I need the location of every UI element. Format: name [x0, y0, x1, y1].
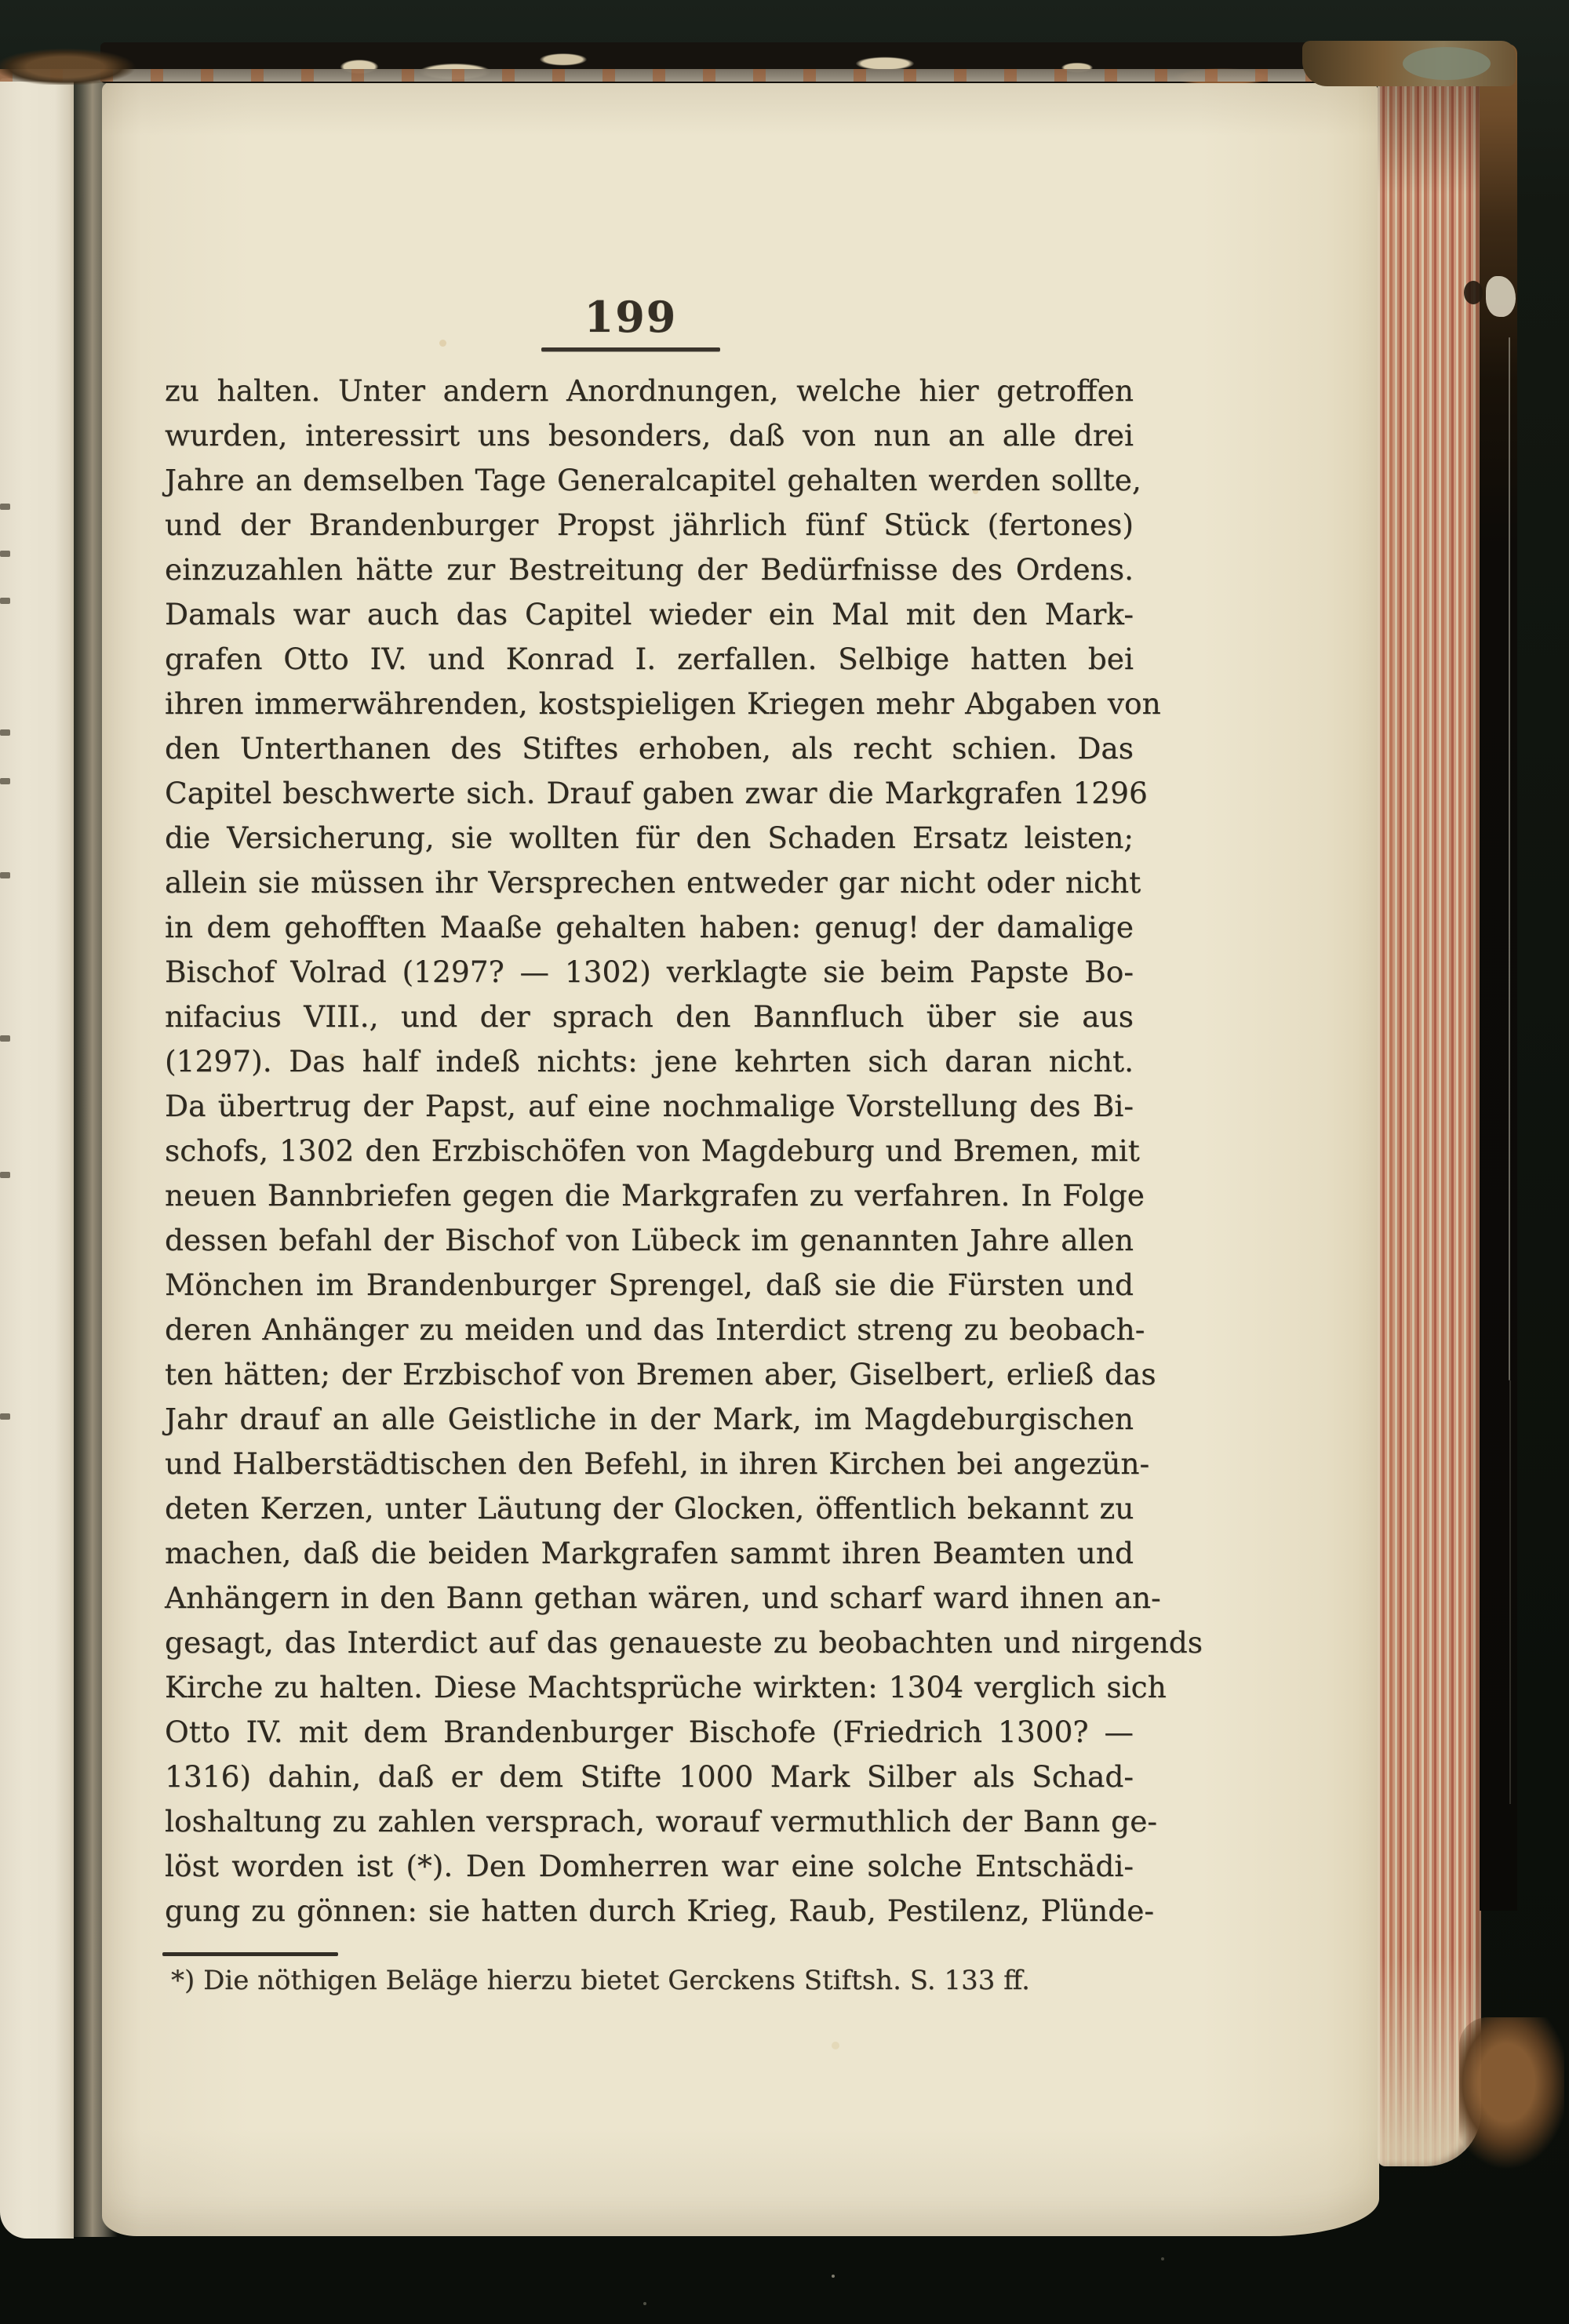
facing-page-text-fragment: [0, 729, 10, 736]
fore-edge-pages: [1378, 77, 1481, 2166]
page-number: 199: [541, 296, 720, 338]
scratch-line: [1509, 337, 1510, 1380]
text-line: Anhängern in den Bann gethan wären, und …: [165, 1576, 1134, 1620]
text-line: den Unterthanen des Stiftes erhoben, als…: [165, 726, 1134, 771]
text-line: Otto IV. mit dem Brandenburger Bischofe …: [165, 1710, 1134, 1755]
text-line: wurden, interessirt uns besonders, daß v…: [165, 413, 1134, 458]
text-line: zu halten. Unter andern Anordnungen, wel…: [165, 369, 1134, 413]
text-line: Da übertrug der Papst, auf eine nochmali…: [165, 1084, 1134, 1129]
text-line: gung zu gönnen: sie hatten durch Krieg, …: [165, 1889, 1134, 1933]
text-line: gesagt, das Interdict auf das genaueste …: [165, 1620, 1134, 1665]
facing-page-text-fragment: [0, 1035, 10, 1042]
text-line: grafen Otto IV. und Konrad I. zerfallen.…: [165, 637, 1134, 682]
book-scan: 199 zu halten. Unter andern Anordnungen,…: [0, 0, 1569, 2324]
text-line: neuen Bannbriefen gegen die Markgrafen z…: [165, 1173, 1134, 1218]
dust-speck: [643, 2302, 646, 2305]
text-line: Kirche zu halten. Diese Machtsprüche wir…: [165, 1665, 1134, 1710]
text-line: die Versicherung, sie wollten für den Sc…: [165, 816, 1134, 860]
text-line: Jahr drauf an alle Geistliche in der Mar…: [165, 1397, 1134, 1442]
text-line: und der Brandenburger Propst jährlich fü…: [165, 503, 1134, 547]
text-line: löst worden ist (*). Den Domherren war e…: [165, 1844, 1134, 1889]
text-line: in dem gehofften Maaße gehalten haben: g…: [165, 905, 1134, 950]
facing-page-text-fragment: [0, 551, 10, 557]
facing-page-text-fragment: [0, 504, 10, 510]
paper-stain: [439, 340, 446, 347]
dust-speck: [1161, 2257, 1164, 2260]
page: 199 zu halten. Unter andern Anordnungen,…: [102, 81, 1379, 2236]
footnote-rule: [162, 1952, 338, 1956]
text-line: machen, daß die beiden Markgrafen sammt …: [165, 1531, 1134, 1576]
binding-knot: [1464, 281, 1483, 304]
text-line: deten Kerzen, unter Läutung der Glocken,…: [165, 1486, 1134, 1531]
text-line: schofs, 1302 den Erzbischöfen von Magdeb…: [165, 1129, 1134, 1173]
text-block: zu halten. Unter andern Anordnungen, wel…: [165, 369, 1134, 1933]
top-left-corner-smudge: [0, 45, 145, 85]
paper-stain: [832, 2042, 839, 2049]
text-line: (1297). Das half indeß nichts: jene kehr…: [165, 1039, 1134, 1084]
text-line: dessen befahl der Bischof von Lübeck im …: [165, 1218, 1134, 1263]
top-right-gray-patch: [1403, 47, 1491, 80]
dust-speck: [832, 2275, 835, 2278]
text-line: ihren immerwährenden, kostspieligen Krie…: [165, 682, 1134, 726]
facing-page-text-fragment: [0, 872, 10, 878]
text-line: deren Anhänger zu meiden und das Interdi…: [165, 1307, 1134, 1352]
facing-page-text-fragment: [0, 598, 10, 604]
text-line: einzuzahlen hätte zur Bestreitung der Be…: [165, 547, 1134, 592]
facing-page-text-fragment: [0, 778, 10, 784]
footnote: *) Die nöthigen Beläge hierzu bietet Ger…: [171, 1962, 1097, 1999]
text-line: Mönchen im Brandenburger Sprengel, daß s…: [165, 1263, 1134, 1307]
facing-page-text-fragment: [0, 1413, 10, 1420]
text-line: nifacius VIII., und der sprach den Bannf…: [165, 995, 1134, 1039]
text-line: loshaltung zu zahlen versprach, worauf v…: [165, 1799, 1134, 1844]
text-line: ten hätten; der Erzbischof von Bremen ab…: [165, 1352, 1134, 1397]
facing-page-text-fragment: [0, 1172, 10, 1178]
book-cover-edge: [1480, 44, 1517, 1911]
top-edge-rust-strip: [0, 69, 1517, 82]
facing-page-edge: [0, 78, 74, 2239]
text-line: Capitel beschwerte sich. Drauf gaben zwa…: [165, 771, 1134, 816]
text-line: und Halberstädtischen den Befehl, in ihr…: [165, 1442, 1134, 1486]
scratch-line-faint: [1509, 1380, 1511, 1804]
text-line: allein sie müssen ihr Versprechen entwed…: [165, 860, 1134, 905]
text-line: 1316) dahin, daß er dem Stifte 1000 Mark…: [165, 1755, 1134, 1799]
text-line: Jahre an demselben Tage Generalcapitel g…: [165, 458, 1134, 503]
text-line: Bischof Volrad (1297? — 1302) verklagte …: [165, 950, 1134, 995]
bottom-right-cover-corner: [1459, 2017, 1564, 2204]
page-header: 199: [541, 296, 720, 351]
page-number-underline: [541, 347, 720, 351]
text-line: Damals war auch das Capitel wieder ein M…: [165, 592, 1134, 637]
